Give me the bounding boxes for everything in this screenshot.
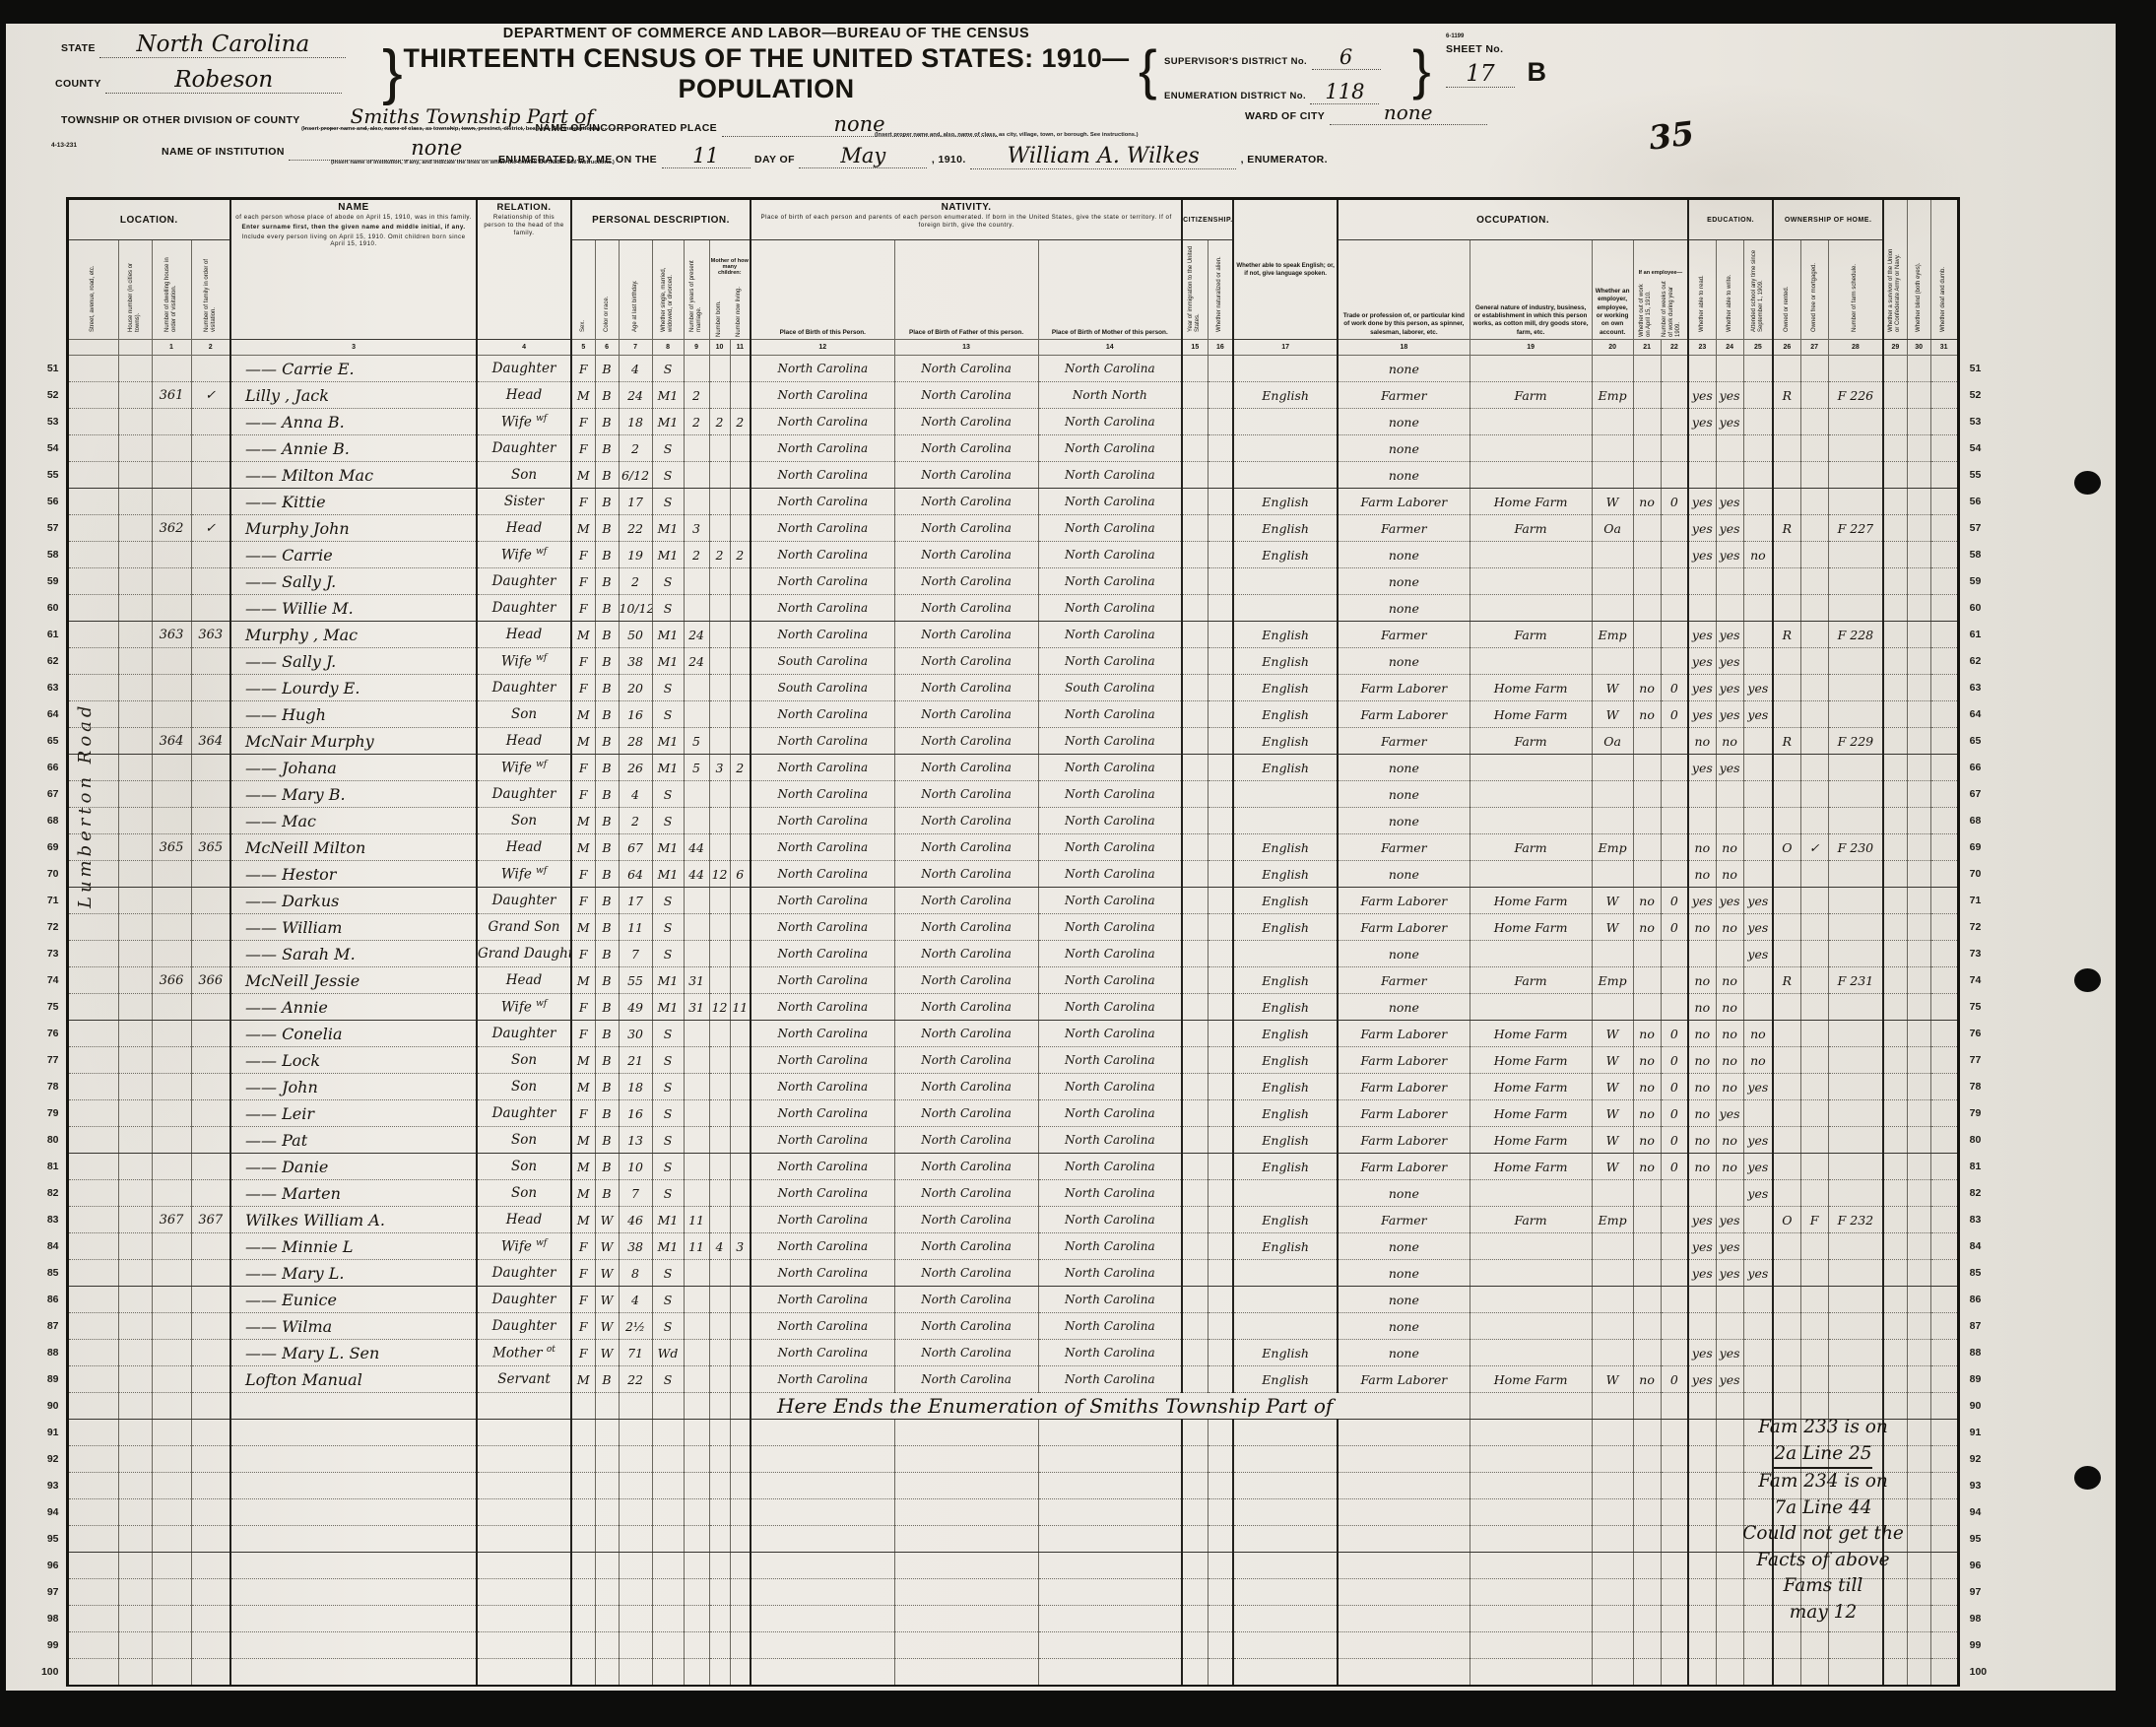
cell-street	[67, 834, 118, 861]
cell-ow: no	[1633, 1100, 1661, 1127]
cell-nat	[1208, 1553, 1233, 1579]
cell-dw	[152, 462, 191, 489]
cell-farm	[1828, 489, 1883, 515]
cell-imm	[1182, 728, 1208, 755]
cell-rel: Head	[477, 728, 571, 755]
cell-wr	[1716, 1553, 1743, 1579]
line-number-right: 94	[1958, 1499, 1995, 1526]
cell-rd: no	[1688, 1127, 1716, 1154]
cell-ff	[1800, 1100, 1828, 1127]
line-number-left: 59	[33, 568, 67, 595]
cell-emp: W	[1592, 888, 1633, 914]
cell-ind: Farm	[1470, 382, 1592, 409]
line-number-right: 64	[1958, 701, 1995, 728]
cell-sex	[571, 1659, 595, 1687]
line-number-right: 58	[1958, 542, 1995, 568]
column-number: 8	[652, 340, 684, 356]
cell-rd	[1688, 1659, 1716, 1687]
line-number-right: 81	[1958, 1154, 1995, 1180]
cell-nat	[1208, 568, 1233, 595]
cell-rd: yes	[1688, 409, 1716, 435]
cell-ow	[1633, 728, 1661, 755]
cell-cl	[730, 1340, 751, 1366]
cell-hm	[1773, 781, 1800, 808]
cell-rd: yes	[1688, 542, 1716, 568]
cell-t1	[1883, 1473, 1907, 1499]
header-sub: Sex.	[571, 240, 595, 340]
cell-rel: Wife wf	[477, 755, 571, 781]
cell-dw	[152, 409, 191, 435]
cell-fam	[191, 888, 230, 914]
cell-t3	[1930, 1473, 1958, 1499]
cell-t3	[1930, 1579, 1958, 1606]
cell-t1	[1883, 1260, 1907, 1287]
cell-mar: M1	[652, 994, 684, 1021]
cell-cl	[730, 1074, 751, 1100]
cell-cl	[730, 1473, 751, 1499]
census-row-100: 100100	[33, 1659, 1995, 1687]
cell-t3	[1930, 941, 1958, 967]
cell-sc: yes	[1743, 1260, 1773, 1287]
cell-age: 6/12	[619, 462, 652, 489]
cell-house	[118, 1420, 152, 1446]
cell-house	[118, 1154, 152, 1180]
cell-color: B	[595, 356, 619, 382]
cell-mar: S	[652, 1127, 684, 1154]
cell-nat	[1208, 914, 1233, 941]
cell-nat	[1208, 755, 1233, 781]
cell-farm: F 231	[1828, 967, 1883, 994]
cell-eng: English	[1233, 1233, 1338, 1260]
cell-pb: North Carolina	[751, 622, 894, 648]
line-number-left: 71	[33, 888, 67, 914]
cell-street	[67, 1659, 118, 1687]
cell-fam	[191, 1553, 230, 1579]
cell-emp	[1592, 1606, 1633, 1632]
cell-yrs	[684, 1100, 709, 1127]
cell-street	[67, 1446, 118, 1473]
cell-rel	[477, 1499, 571, 1526]
cell-name: —— Eunice	[230, 1287, 477, 1313]
cell-pb: North Carolina	[751, 595, 894, 622]
cell-house	[118, 1260, 152, 1287]
census-row-79: 79—— LeirDaughterFB16SNorth CarolinaNort…	[33, 1100, 1995, 1127]
title-block: DEPARTMENT OF COMMERCE AND LABOR—BUREAU …	[323, 26, 1209, 137]
cell-yrs	[684, 1473, 709, 1499]
cell-wk	[1661, 1393, 1688, 1420]
cell-wr	[1716, 1606, 1743, 1632]
cell-wk	[1661, 1313, 1688, 1340]
cell-farm	[1828, 1499, 1883, 1526]
cell-dw	[152, 595, 191, 622]
cell-pbm: North Carolina	[1038, 1287, 1182, 1313]
cell-fam	[191, 1473, 230, 1499]
cell-rel	[477, 1473, 571, 1499]
cell-rel: Son	[477, 1047, 571, 1074]
cell-ow: no	[1633, 701, 1661, 728]
cell-rd: no	[1688, 1021, 1716, 1047]
cell-color: B	[595, 595, 619, 622]
line-number-right: 83	[1958, 1207, 1995, 1233]
cell-fam	[191, 1074, 230, 1100]
day-of-label: DAY OF	[754, 154, 795, 166]
cell-wk	[1661, 1553, 1688, 1579]
cell-age: 7	[619, 1180, 652, 1207]
cell-imm	[1182, 1553, 1208, 1579]
cell-dw	[152, 1632, 191, 1659]
cell-street	[67, 568, 118, 595]
cell-eng: English	[1233, 967, 1338, 994]
cell-pbm: North Carolina	[1038, 435, 1182, 462]
cell-emp: Emp	[1592, 622, 1633, 648]
cell-sex: M	[571, 515, 595, 542]
line-number-left: 74	[33, 967, 67, 994]
cell-yrs	[684, 701, 709, 728]
cell-pbf: North Carolina	[894, 914, 1038, 941]
cell-yrs: 31	[684, 994, 709, 1021]
column-number: 28	[1828, 340, 1883, 356]
cell-ind: Farm	[1470, 834, 1592, 861]
cell-nat	[1208, 888, 1233, 914]
cell-rd: no	[1688, 1047, 1716, 1074]
cell-name	[230, 1553, 477, 1579]
cell-house	[118, 701, 152, 728]
cell-dw	[152, 1260, 191, 1287]
cell-sex: M	[571, 1366, 595, 1393]
cell-t3	[1930, 409, 1958, 435]
census-row-56: 56—— KittieSisterFB17SNorth CarolinaNort…	[33, 489, 1995, 515]
cell-yrs	[684, 1579, 709, 1606]
cell-ff	[1800, 755, 1828, 781]
cell-occ: Farmer	[1338, 622, 1470, 648]
line-number-right: 70	[1958, 861, 1995, 888]
cell-sex: F	[571, 1021, 595, 1047]
cell-yrs	[684, 1553, 709, 1579]
cell-t2	[1907, 1313, 1930, 1340]
cell-hm	[1773, 1313, 1800, 1340]
cell-farm	[1828, 356, 1883, 382]
cell-color: B	[595, 675, 619, 701]
census-row-83: 83367367Wilkes William A.HeadMW46M111Nor…	[33, 1207, 1995, 1233]
cell-wk	[1661, 542, 1688, 568]
cell-occ: none	[1338, 595, 1470, 622]
cell-cb	[709, 1021, 730, 1047]
census-row-69: 69365365McNeill MiltonHeadMB67M144North …	[33, 834, 1995, 861]
cell-emp: Oa	[1592, 515, 1633, 542]
cell-pbm: North Carolina	[1038, 701, 1182, 728]
cell-imm	[1182, 1632, 1208, 1659]
cell-sex: F	[571, 542, 595, 568]
cell-mar	[652, 1393, 684, 1420]
cell-age: 18	[619, 1074, 652, 1100]
cell-house	[118, 622, 152, 648]
line-number-left: 51	[33, 356, 67, 382]
cell-fam	[191, 489, 230, 515]
cell-yrs	[684, 1021, 709, 1047]
cell-age: 19	[619, 542, 652, 568]
cell-sex: M	[571, 914, 595, 941]
cell-farm	[1828, 861, 1883, 888]
cell-sex: F	[571, 1287, 595, 1313]
cell-t3	[1930, 356, 1958, 382]
cell-eng	[1233, 1260, 1338, 1287]
cell-ff	[1800, 1553, 1828, 1579]
cell-ff	[1800, 356, 1828, 382]
cell-cl	[730, 888, 751, 914]
cell-dw: 364	[152, 728, 191, 755]
cell-imm	[1182, 1100, 1208, 1127]
cell-farm	[1828, 1180, 1883, 1207]
line-number-right: 96	[1958, 1553, 1995, 1579]
cell-farm: F 227	[1828, 515, 1883, 542]
census-row-51: 51—— Carrie E.DaughterFB4SNorth Carolina…	[33, 356, 1995, 382]
cell-sc	[1743, 1393, 1773, 1420]
cell-street	[67, 622, 118, 648]
cell-sex: F	[571, 1313, 595, 1340]
cell-yrs	[684, 1393, 709, 1420]
cell-age: 4	[619, 1287, 652, 1313]
cell-ff	[1800, 1420, 1828, 1446]
cell-t1	[1883, 1446, 1907, 1473]
cell-sc	[1743, 781, 1773, 808]
line-number-left: 89	[33, 1366, 67, 1393]
cell-age: 46	[619, 1207, 652, 1233]
cell-ind: Farm	[1470, 728, 1592, 755]
cell-emp	[1592, 568, 1633, 595]
cell-mar: M1	[652, 409, 684, 435]
cell-mar: M1	[652, 1233, 684, 1260]
cell-wk: 0	[1661, 888, 1688, 914]
cell-nat	[1208, 728, 1233, 755]
cell-yrs	[684, 1366, 709, 1393]
cell-yrs: 44	[684, 861, 709, 888]
cell-ind	[1470, 1313, 1592, 1340]
cell-ff	[1800, 1366, 1828, 1393]
cell-street	[67, 1553, 118, 1579]
header-name: NAMEof each person whose place of abode …	[230, 199, 477, 340]
cell-house	[118, 595, 152, 622]
cell-name: —— Annie B.	[230, 435, 477, 462]
enumerated-year: , 1910.	[932, 154, 966, 166]
cell-t1	[1883, 967, 1907, 994]
cell-yrs	[684, 1260, 709, 1287]
column-number: 19	[1470, 340, 1592, 356]
brace-glyph: {	[1139, 37, 1157, 101]
cell-hm	[1773, 1127, 1800, 1154]
cell-occ	[1338, 1553, 1470, 1579]
census-row-61: 61363363Murphy , MacHeadMB50M124North Ca…	[33, 622, 1995, 648]
enumerator-name: William A. Wilkes	[970, 144, 1236, 169]
cell-rd	[1688, 1526, 1716, 1553]
cell-t3	[1930, 808, 1958, 834]
cell-wk	[1661, 1606, 1688, 1632]
cell-ow	[1633, 1446, 1661, 1473]
column-number: 14	[1038, 340, 1182, 356]
state-value: North Carolina	[99, 32, 346, 58]
cell-street	[67, 1154, 118, 1180]
cell-cl	[730, 941, 751, 967]
cell-sc: yes	[1743, 1127, 1773, 1154]
cell-mar	[652, 1420, 684, 1446]
cell-age: 13	[619, 1127, 652, 1154]
header-relation: RELATION.Relationship of this person to …	[477, 199, 571, 340]
cell-imm	[1182, 1473, 1208, 1499]
cell-ind	[1470, 994, 1592, 1021]
cell-name: —— Leir	[230, 1100, 477, 1127]
cell-cb	[709, 622, 730, 648]
cell-emp	[1592, 1579, 1633, 1606]
cell-house	[118, 1207, 152, 1233]
cell-emp: W	[1592, 914, 1633, 941]
cell-mar	[652, 1632, 684, 1659]
cell-sc: yes	[1743, 675, 1773, 701]
cell-cb	[709, 1313, 730, 1340]
cell-pbf	[894, 1553, 1038, 1579]
cell-hm	[1773, 1180, 1800, 1207]
cell-eng	[1233, 595, 1338, 622]
cell-name: —— Marten	[230, 1180, 477, 1207]
cell-pbm: North Carolina	[1038, 489, 1182, 515]
cell-t3	[1930, 1233, 1958, 1260]
cell-wk: 0	[1661, 701, 1688, 728]
cell-ff	[1800, 382, 1828, 409]
header-sub: Place of Birth of this Person.	[751, 240, 894, 340]
cell-rel: Daughter	[477, 435, 571, 462]
cell-cb	[709, 1260, 730, 1287]
line-number-left: 85	[33, 1260, 67, 1287]
cell-pb	[751, 1420, 894, 1446]
cell-cl	[730, 1499, 751, 1526]
cell-ind	[1470, 1446, 1592, 1473]
cell-pbf: North Carolina	[894, 941, 1038, 967]
cell-occ: none	[1338, 1287, 1470, 1313]
line-number-right: 60	[1958, 595, 1995, 622]
cell-pbm: North Carolina	[1038, 1127, 1182, 1154]
cell-imm	[1182, 861, 1208, 888]
cell-cl	[730, 1047, 751, 1074]
cell-t2	[1907, 1127, 1930, 1154]
cell-hm	[1773, 994, 1800, 1021]
cell-t2	[1907, 356, 1930, 382]
cell-pbm: North Carolina	[1038, 994, 1182, 1021]
cell-color: B	[595, 1074, 619, 1100]
sheet-letter: B	[1527, 57, 1546, 88]
cell-fam	[191, 1127, 230, 1154]
cell-sex: M	[571, 1154, 595, 1180]
cell-wr: yes	[1716, 755, 1743, 781]
cell-t1	[1883, 1366, 1907, 1393]
cell-emp: W	[1592, 1154, 1633, 1180]
cell-rd	[1688, 1180, 1716, 1207]
cell-eng	[1233, 1526, 1338, 1553]
cell-pb	[751, 1659, 894, 1687]
cell-mar: S	[652, 595, 684, 622]
cell-fam	[191, 994, 230, 1021]
cell-ow	[1633, 1473, 1661, 1499]
form-code: 4-13-231	[51, 142, 77, 149]
cell-ind: Home Farm	[1470, 1127, 1592, 1154]
cell-sex: F	[571, 755, 595, 781]
cell-t3	[1930, 1207, 1958, 1233]
cell-cl	[730, 1579, 751, 1606]
cell-ow: no	[1633, 1127, 1661, 1154]
cell-sc: no	[1743, 542, 1773, 568]
cell-pb	[751, 1446, 894, 1473]
cell-ff	[1800, 1260, 1828, 1287]
cell-mar: M1	[652, 542, 684, 568]
cell-yrs: 11	[684, 1233, 709, 1260]
cell-cb	[709, 435, 730, 462]
line-number-right: 93	[1958, 1473, 1995, 1499]
cell-wk: 0	[1661, 1047, 1688, 1074]
enumerated-day: 11	[662, 144, 751, 168]
cell-name: —— John	[230, 1074, 477, 1100]
cell-eng: English	[1233, 1127, 1338, 1154]
line-number-right: 61	[1958, 622, 1995, 648]
cell-nat	[1208, 675, 1233, 701]
cell-hm	[1773, 1393, 1800, 1420]
cell-age	[619, 1499, 652, 1526]
line-number-left: 73	[33, 941, 67, 967]
cell-t1	[1883, 462, 1907, 489]
cell-ind	[1470, 595, 1592, 622]
cell-ind: Home Farm	[1470, 914, 1592, 941]
cell-dw	[152, 1366, 191, 1393]
cell-sc	[1743, 1313, 1773, 1340]
cell-cb	[709, 1579, 730, 1606]
cell-imm	[1182, 1287, 1208, 1313]
cell-street	[67, 542, 118, 568]
cell-yrs	[684, 1154, 709, 1180]
cell-nat	[1208, 1420, 1233, 1446]
cell-pbf	[894, 1579, 1038, 1606]
cell-t3	[1930, 914, 1958, 941]
cell-farm	[1828, 1154, 1883, 1180]
cell-eng: English	[1233, 382, 1338, 409]
line-number-right: 68	[1958, 808, 1995, 834]
cell-eng	[1233, 781, 1338, 808]
cell-nat	[1208, 1366, 1233, 1393]
cell-pbm: North Carolina	[1038, 808, 1182, 834]
cell-ow	[1633, 595, 1661, 622]
line-number-right: 54	[1958, 435, 1995, 462]
column-number: 9	[684, 340, 709, 356]
cell-ow: no	[1633, 489, 1661, 515]
cell-sc	[1743, 489, 1773, 515]
cell-fam	[191, 568, 230, 595]
cell-pbm	[1038, 1473, 1182, 1499]
cell-wk	[1661, 808, 1688, 834]
cell-yrs: 24	[684, 648, 709, 675]
cell-pbm: North Carolina	[1038, 356, 1182, 382]
cell-rel	[477, 1659, 571, 1687]
cell-rd	[1688, 941, 1716, 967]
cell-eng	[1233, 1446, 1338, 1473]
cell-house	[118, 1074, 152, 1100]
cell-street	[67, 1127, 118, 1154]
cell-rd	[1688, 1287, 1716, 1313]
cell-color: B	[595, 382, 619, 409]
cell-pbf	[894, 1632, 1038, 1659]
cell-name: —— Hestor	[230, 861, 477, 888]
cell-sex: M	[571, 808, 595, 834]
cell-age	[619, 1446, 652, 1473]
cell-t3	[1930, 382, 1958, 409]
cell-pbf: North Carolina	[894, 568, 1038, 595]
cell-t2	[1907, 1473, 1930, 1499]
column-number: 29	[1883, 340, 1907, 356]
cell-dw	[152, 1499, 191, 1526]
